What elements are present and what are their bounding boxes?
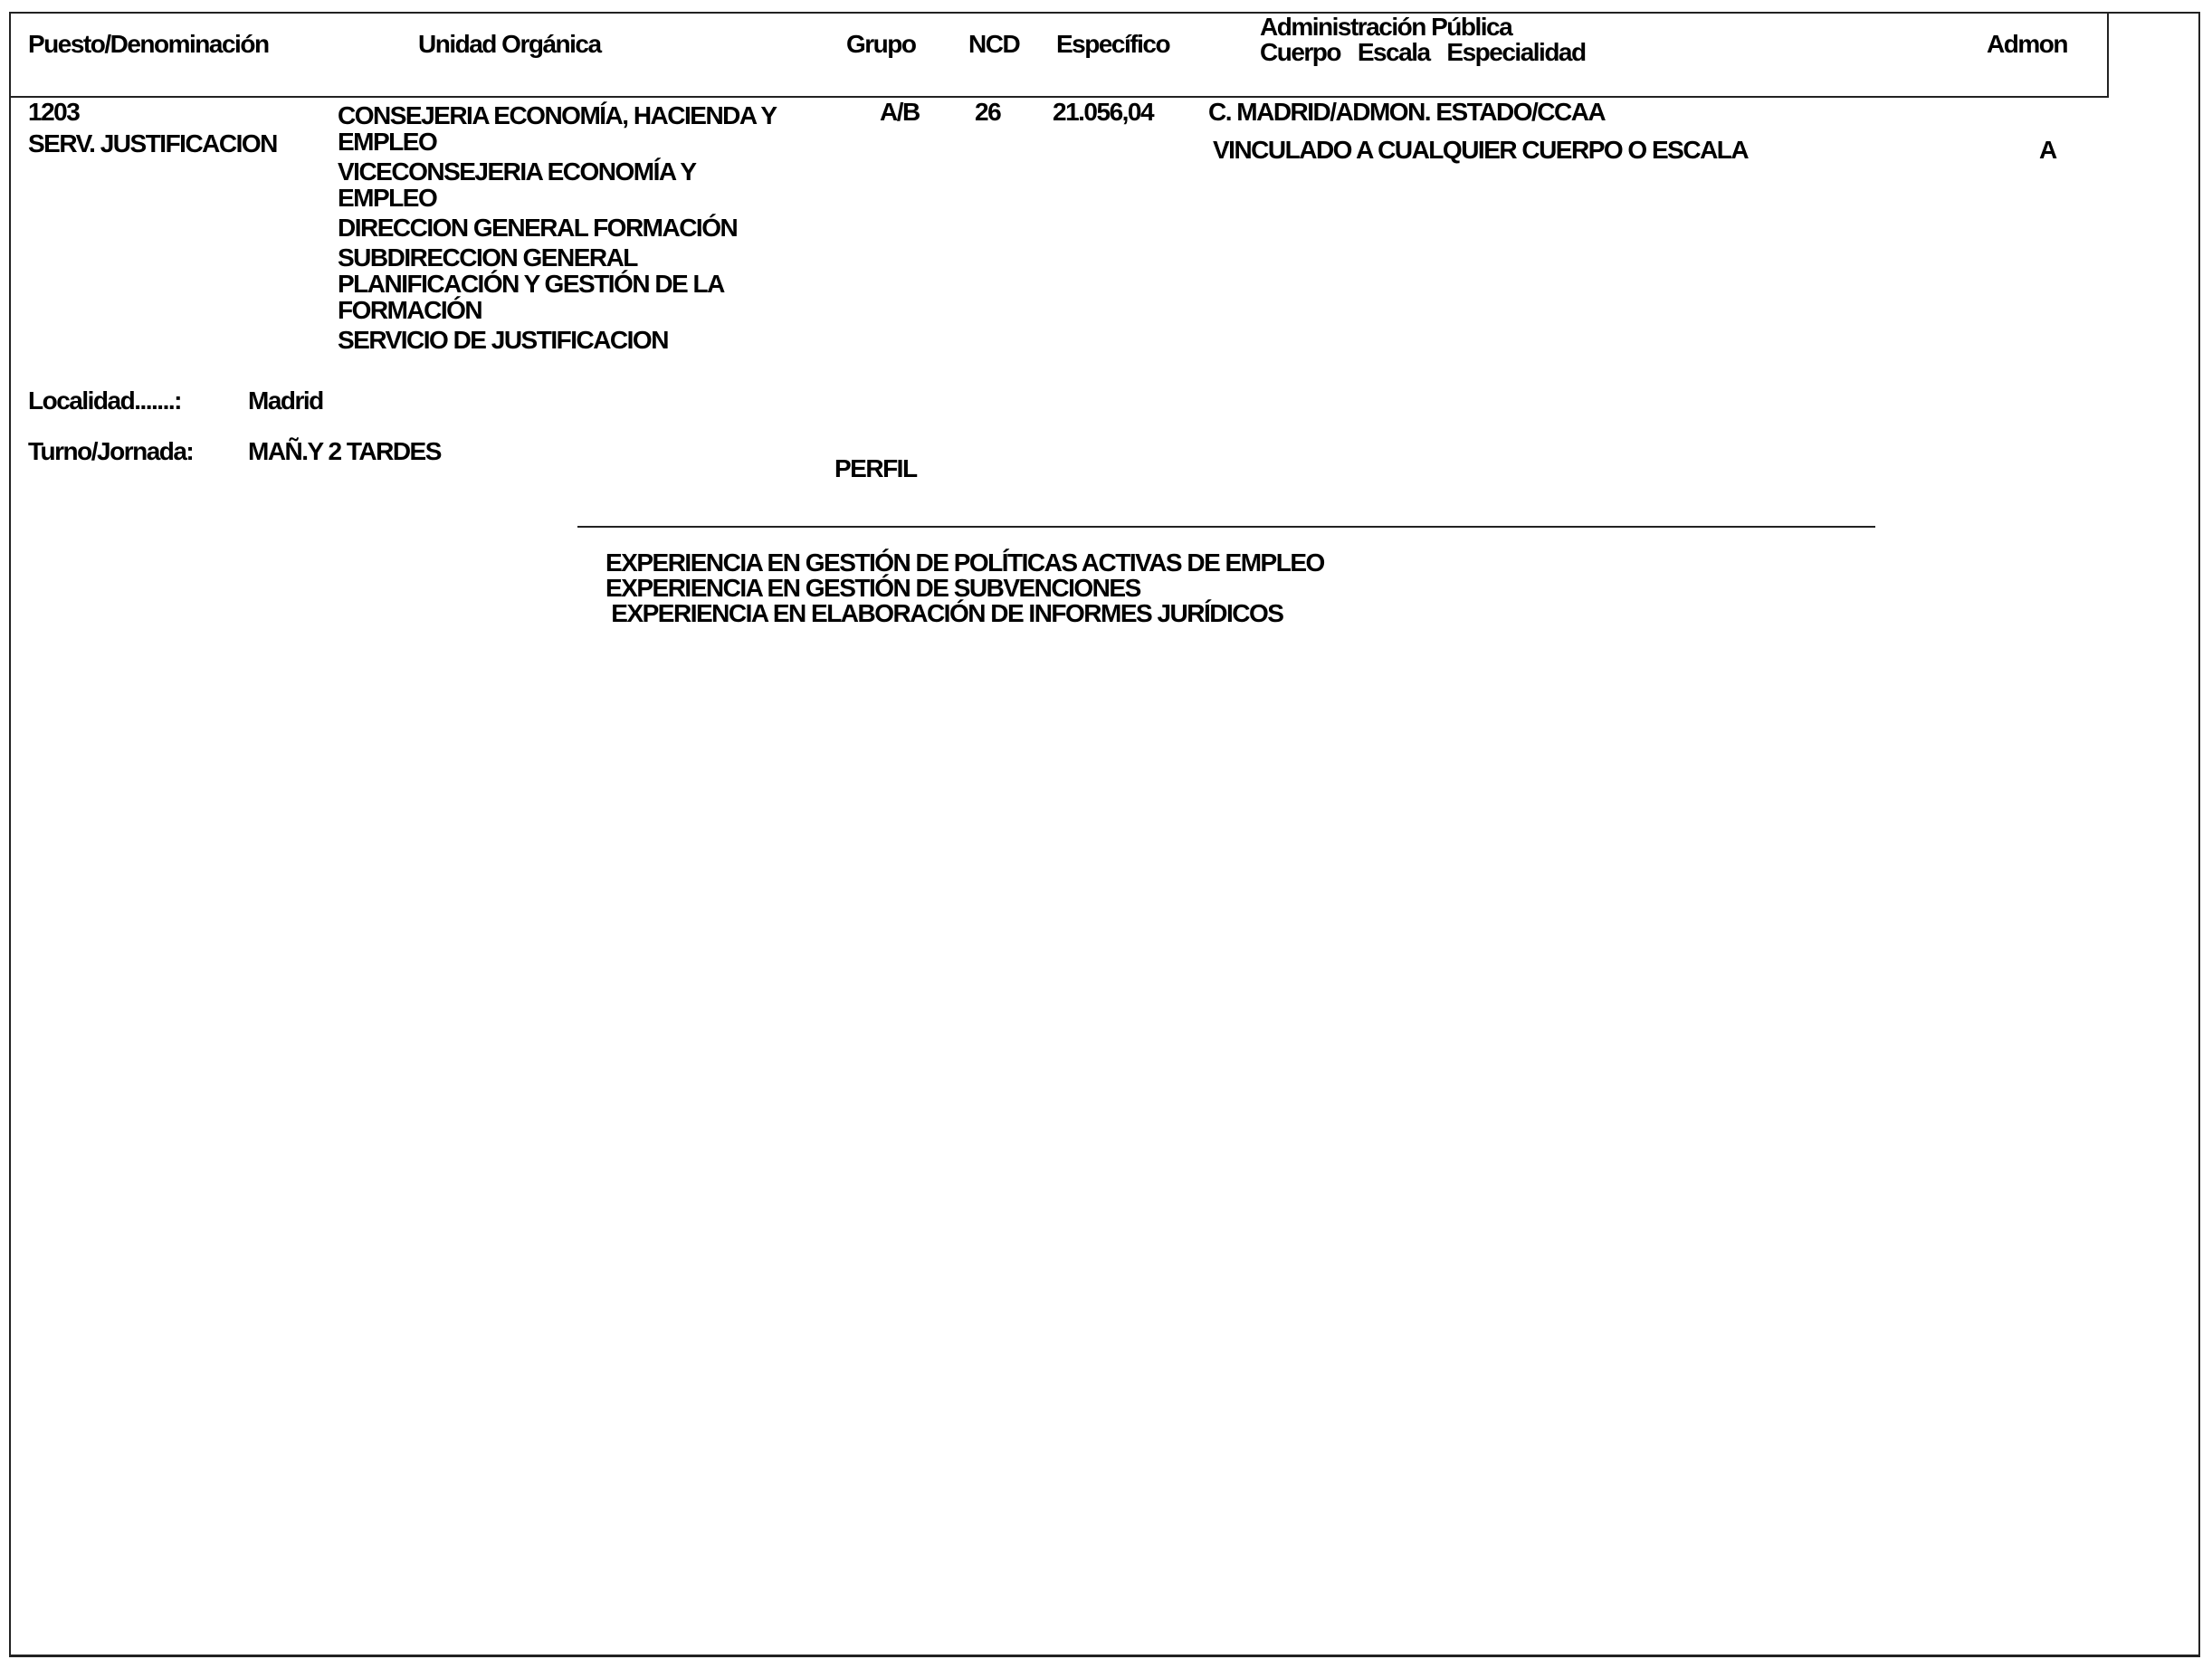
perfil-item: EXPERIENCIA EN GESTIÓN DE SUBVENCIONES [605, 576, 1324, 601]
unidad-line: EMPLEO [338, 185, 777, 211]
unidad-line: VICECONSEJERIA ECONOMÍA Y [338, 158, 777, 185]
unidad-item: CONSEJERIA ECONOMÍA, HACIENDA Y EMPLEO [338, 102, 777, 155]
header-puesto: Puesto/Denominación [28, 30, 269, 59]
record-admon: A [2039, 136, 2056, 165]
record-cuerpo: VINCULADO A CUALQUIER CUERPO O ESCALA [1213, 136, 1748, 165]
record-ncd: 26 [975, 98, 1000, 127]
unidad-line: FORMACIÓN [338, 297, 777, 323]
record-codigo: 1203 [28, 98, 79, 127]
perfil-item: EXPERIENCIA EN GESTIÓN DE POLÍTICAS ACTI… [605, 550, 1324, 576]
header-especifico: Específico [1056, 30, 1169, 59]
localidad-value: Madrid [248, 386, 323, 415]
turno-value: MAÑ.Y 2 TARDES [248, 437, 441, 466]
perfil-list: EXPERIENCIA EN GESTIÓN DE POLÍTICAS ACTI… [605, 550, 1324, 626]
record-especifico: 21.056,04 [1053, 98, 1153, 127]
perfil-label: PERFIL [834, 454, 917, 483]
header-unidad: Unidad Orgánica [418, 30, 601, 59]
unidad-line: EMPLEO [338, 129, 777, 155]
unidad-item: DIRECCION GENERAL FORMACIÓN [338, 215, 777, 241]
localidad-label: Localidad.......: [28, 386, 181, 415]
unidad-line: PLANIFICACIÓN Y GESTIÓN DE LA [338, 271, 777, 297]
unidad-line: SERVICIO DE JUSTIFICACION [338, 327, 777, 353]
unidad-item: SERVICIO DE JUSTIFICACION [338, 327, 777, 353]
header-cuerpo-escala: Cuerpo Escala Especialidad [1260, 38, 1586, 67]
unidad-item: VICECONSEJERIA ECONOMÍA Y EMPLEO [338, 158, 777, 211]
record-grupo: A/B [880, 98, 920, 127]
unidad-item: SUBDIRECCION GENERAL PLANIFICACIÓN Y GES… [338, 244, 777, 323]
unidad-line: SUBDIRECCION GENERAL [338, 244, 777, 271]
header-grupo: Grupo [846, 30, 916, 59]
record-denominacion: SERV. JUSTIFICACION [28, 129, 277, 158]
header-ncd: NCD [968, 30, 1019, 59]
unidad-line: DIRECCION GENERAL FORMACIÓN [338, 215, 777, 241]
unidad-organica-list: CONSEJERIA ECONOMÍA, HACIENDA Y EMPLEO V… [338, 102, 777, 353]
perfil-divider [577, 526, 1875, 528]
perfil-item: EXPERIENCIA EN ELABORACIÓN DE INFORMES J… [605, 601, 1324, 626]
record-administracion: C. MADRID/ADMON. ESTADO/CCAA [1208, 98, 1605, 127]
turno-label: Turno/Jornada: [28, 437, 193, 466]
header-admon: Admon [1987, 30, 2067, 59]
unidad-line: CONSEJERIA ECONOMÍA, HACIENDA Y [338, 102, 777, 129]
